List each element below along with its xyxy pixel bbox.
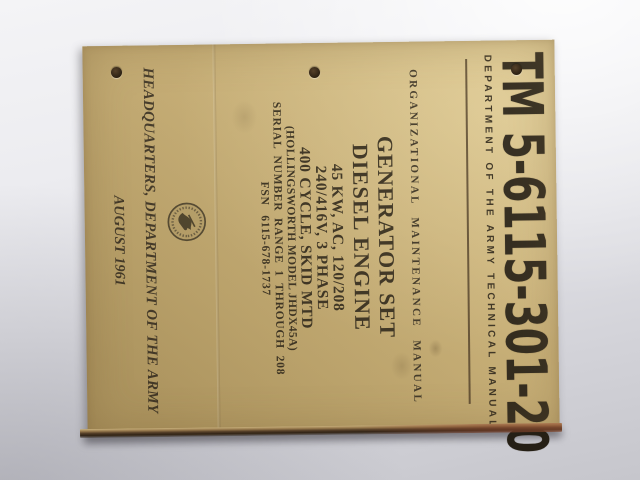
stain-mark xyxy=(231,100,257,134)
manual-cover-wrap: TM 5-6115-301-20 DEPARTMENT OF THE ARMY … xyxy=(82,40,559,437)
header-rule xyxy=(465,59,471,404)
stain-mark xyxy=(428,339,442,357)
punch-hole xyxy=(111,67,122,78)
tm-number: TM 5-6115-301-20 xyxy=(492,52,554,454)
title-line-diesel-engine: DIESEL ENGINE xyxy=(347,42,374,432)
punch-hole xyxy=(309,67,320,78)
army-seal-icon xyxy=(166,202,207,243)
manual-type-line: ORGANIZATIONAL MAINTENANCE MANUAL xyxy=(406,42,422,432)
crease-line xyxy=(212,44,220,434)
photo-background: TM 5-6115-301-20 DEPARTMENT OF THE ARMY … xyxy=(0,0,640,480)
headquarters-line: HEADQUARTERS, DEPARTMENT OF THE ARMY xyxy=(139,45,159,435)
manual-cover: TM 5-6115-301-20 DEPARTMENT OF THE ARMY … xyxy=(82,40,559,437)
title-line-generator-set: GENERATOR SET xyxy=(372,42,399,432)
date-line: AUGUST 1961 xyxy=(109,46,129,436)
punch-hole xyxy=(511,64,522,75)
